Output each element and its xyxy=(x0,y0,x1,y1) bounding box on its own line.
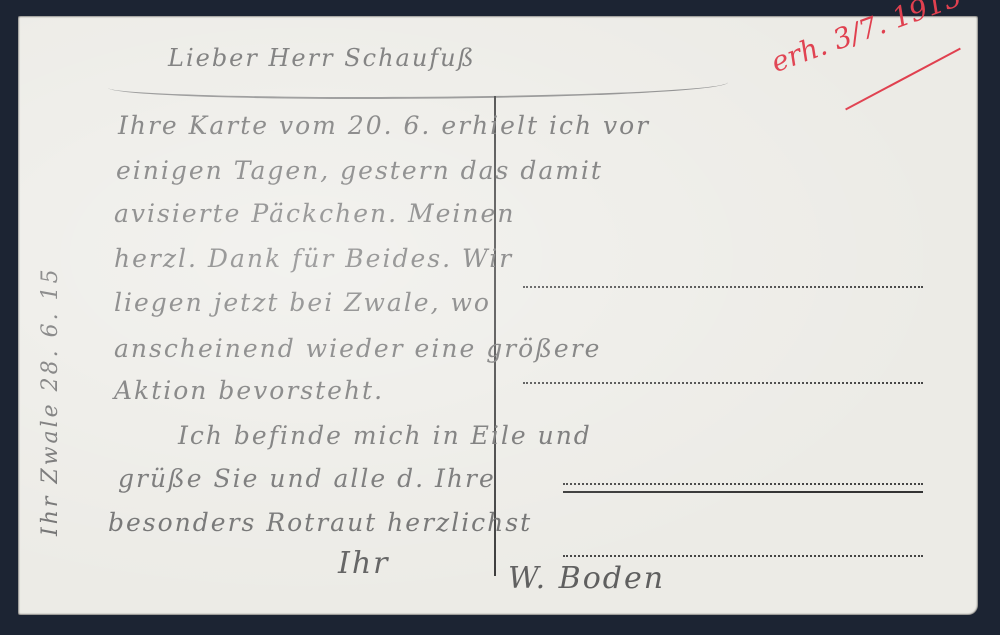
address-line-solid xyxy=(563,491,923,493)
address-line xyxy=(563,555,923,557)
body-line: grüße Sie und alle d. Ihre xyxy=(118,464,496,493)
postcard: Lieber Herr Schaufuß erh. 3/7. 1915 Ihre… xyxy=(18,16,978,615)
body-line: liegen jetzt bei Zwale, wo xyxy=(114,288,491,317)
body-line: avisierte Päckchen. Meinen xyxy=(114,199,515,228)
body-line: herzl. Dank für Beides. Wir xyxy=(114,244,513,273)
body-line: einigen Tagen, gestern das damit xyxy=(116,156,603,185)
body-line: Aktion bevorsteht. xyxy=(114,376,384,405)
side-note: Ihr Zwale 28. 6. 15 xyxy=(38,266,63,536)
salutation: Lieber Herr Schaufuß xyxy=(168,44,476,72)
body-line: anscheinend wieder eine größere xyxy=(114,334,601,363)
body-line: Ihre Karte vom 20. 6. erhielt ich vor xyxy=(118,111,650,140)
body-line: besonders Rotraut herzlichst xyxy=(108,508,532,537)
body-line: Ich befinde mich in Eile und xyxy=(178,421,592,450)
address-line xyxy=(523,286,923,288)
closing: Ihr xyxy=(338,546,390,581)
signature: W. Boden xyxy=(508,561,665,596)
address-line xyxy=(523,382,923,384)
received-note-underline xyxy=(845,48,961,111)
received-note: erh. 3/7. 1915 xyxy=(767,0,966,79)
salutation-flourish xyxy=(108,71,728,99)
address-line xyxy=(563,483,923,485)
